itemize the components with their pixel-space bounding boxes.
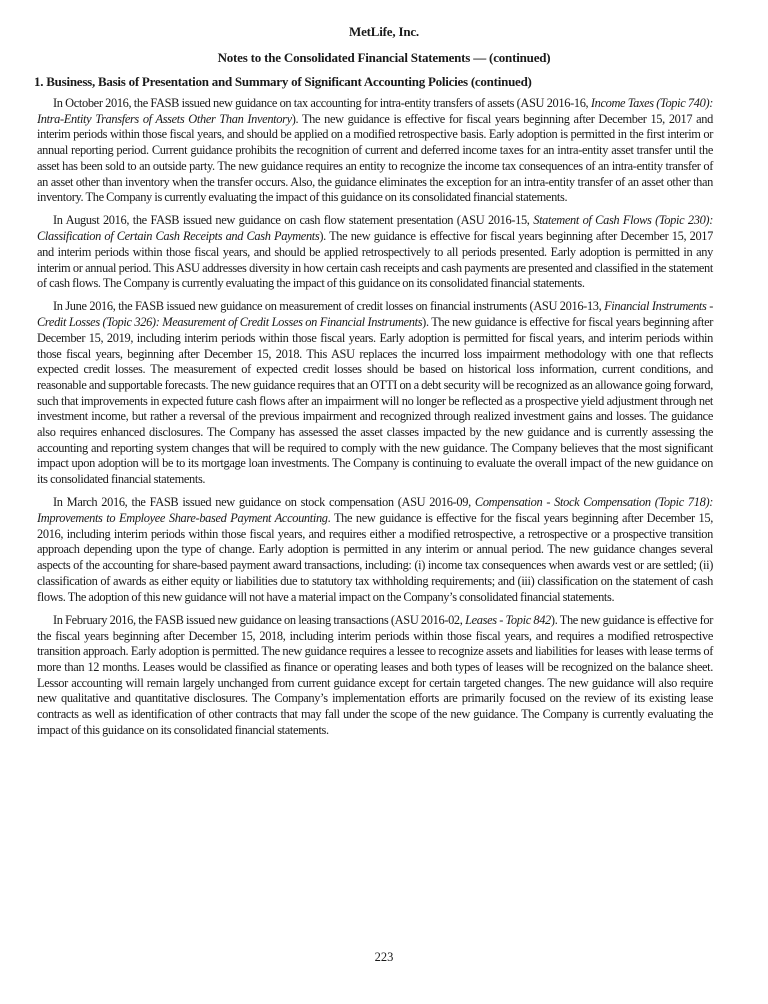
paragraph-asu-2016-02: In February 2016, the FASB issued new gu… (37, 613, 713, 739)
notes-title: Notes to the Consolidated Financial Stat… (0, 50, 768, 66)
paragraph-text: In March 2016, the FASB issued new guida… (53, 495, 475, 509)
paragraph-text: In October 2016, the FASB issued new gui… (53, 96, 591, 110)
paragraph-text: ). The new guidance is effective for fis… (37, 315, 713, 486)
company-name: MetLife, Inc. (0, 24, 768, 40)
section-heading: 1. Business, Basis of Presentation and S… (34, 74, 734, 90)
document-body: In October 2016, the FASB issued new gui… (37, 96, 713, 746)
document-page: MetLife, Inc. Notes to the Consolidated … (0, 0, 768, 1004)
paragraph-asu-2016-09: In March 2016, the FASB issued new guida… (37, 495, 713, 605)
page-number: 223 (0, 950, 768, 965)
paragraph-text: In August 2016, the FASB issued new guid… (53, 213, 533, 227)
paragraph-text: ). The new guidance is effective for the… (37, 613, 713, 737)
paragraph-asu-2016-13: In June 2016, the FASB issued new guidan… (37, 299, 713, 487)
paragraph-text: In February 2016, the FASB issued new gu… (53, 613, 465, 627)
paragraph-asu-2016-16: In October 2016, the FASB issued new gui… (37, 96, 713, 206)
paragraph-text: In June 2016, the FASB issued new guidan… (53, 299, 604, 313)
asu-title: Leases - Topic 842 (465, 613, 551, 627)
paragraph-asu-2016-15: In August 2016, the FASB issued new guid… (37, 213, 713, 292)
